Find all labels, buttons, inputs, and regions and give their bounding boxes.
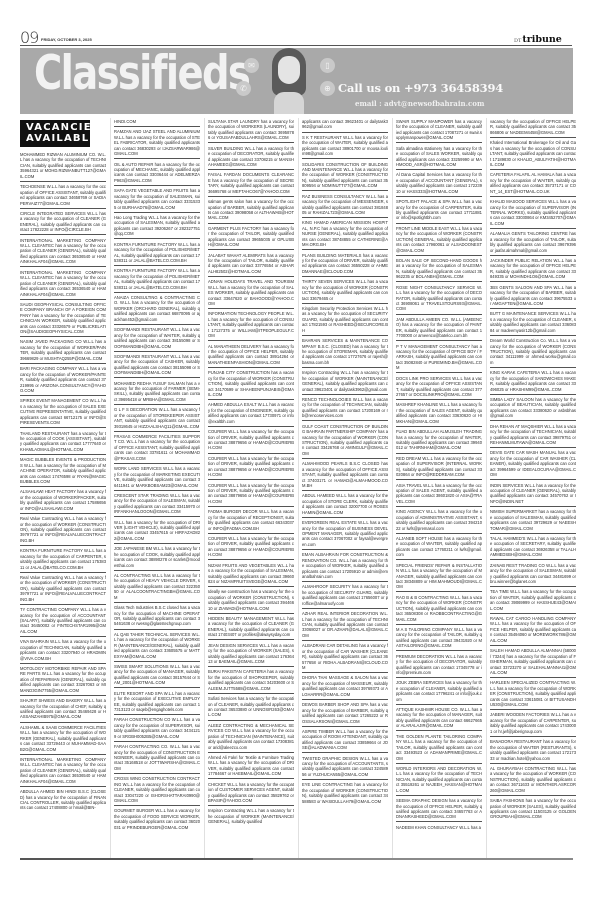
classified-ad: WORK LAND SERVICES W.L.L has a vacancy f…: [114, 465, 200, 490]
classified-ad: HARLEEN SPECIALIZED CONTRACTING W.L.L ha…: [490, 679, 576, 710]
classified-ad: SALEH HAMAD ABDULLA ALMANNAI (58000 / 73…: [490, 647, 576, 678]
classified-ad: EVERGREEN REAL ESTATE W.L.L has a vacanc…: [302, 519, 388, 550]
classified-ad: CROSS WING CONSTRUCTION CONTRACTING W.L.…: [114, 775, 200, 806]
classified-ad: Khaled International Brokerage for Oil a…: [490, 139, 576, 170]
classified-ad: S K T RESTAURANT W.L.L has a vacancy for…: [302, 134, 388, 159]
classified-ad: OIL & AUTO REPAIR has a vacancy for the …: [114, 161, 200, 186]
classified-ad: Glass Tech Industries B.S.C closed has a…: [114, 604, 200, 629]
classified-ad: ELITE RESORT AND SPA W.L.L has a vacancy…: [114, 690, 200, 715]
classified-ad: 3BS GENTS SALOON AND SPA W.L.L has a vac…: [490, 284, 576, 309]
classified-ad: DHORA THAI MASSAGE & SALON has a vacancy…: [302, 674, 388, 699]
mobile-icon: ▯: [320, 58, 335, 73]
classified-ad: KONTRA FURNITURE FACTORY W.L.L has a vac…: [20, 547, 106, 572]
ads-column-3: SULTANA STAR LAUNDRY has a vacancy for t…: [208, 118, 294, 858]
classified-ad: SHAJRIT SHWEIS AND BAKERY W.L.L has a va…: [20, 697, 106, 722]
classified-ad: GOURMET BURGER W.L.L has a vacancy for t…: [114, 807, 200, 831]
classified-ad: VIVA BAHRAIN W.L.L has a vacancy for the…: [20, 638, 106, 663]
classified-ad: AHMED ABDULLA EXALT W.L.L has a vacancy …: [208, 401, 294, 426]
classified-ad: HIDDEN BEAUTY MANAGEMENT W.L.L has a vac…: [208, 615, 294, 640]
classified-ad: RAO B & B CONTRACTING W.L.L has a vacanc…: [396, 594, 482, 625]
brand-prefix: DT: [514, 38, 521, 44]
classified-ad: SILVER BUILDING W.L.L has a vacancy for …: [208, 145, 294, 170]
classified-ad: FUAD BIN ABDULLAH ALMUSLEH TRADING has a…: [396, 428, 482, 453]
classified-ad: Real Value Contracting W.L.L has a vacan…: [20, 574, 106, 605]
classified-ad: Dream World Construction Co. W.L.L has a…: [490, 337, 576, 368]
ads-column-6: vacancy for the occupation of OFFICE HEL…: [490, 118, 576, 858]
column-divider: [298, 118, 299, 858]
classified-ad: TWISTED GRAPHIC DESIGN W.L.L has a vacan…: [302, 755, 388, 780]
classified-ad: JABERI WOODEN FACTORIES W.L.L has a vaca…: [490, 711, 576, 736]
classified-ad: KING HAMAD AMERICAN MISSION HOSPITAL, N.…: [302, 219, 388, 250]
classified-ad: ALMAHROOF SECURITY has a vacancy for the…: [302, 583, 388, 608]
phone-icon: ✆: [236, 81, 251, 96]
vacancies-available-heading: VACANCIES AVAILABLE: [20, 120, 90, 147]
classified-ad: FRONT LINE MIDDLE EAST W.L.L has a vacan…: [396, 225, 482, 256]
classified-ad: salman gents salon has a vacancy for the…: [208, 198, 294, 223]
classified-ad: GARMENT PLUS FACTORY has a vacancy for t…: [208, 225, 294, 250]
classified-ad: INDIN SERVICES W.L.L has a vacancy for t…: [490, 482, 576, 507]
classified-ad: G L F S DECORATION W.L.L has a vacancy f…: [114, 406, 200, 431]
classified-ad: INTERNATIONAL MARKETING COMPANY W.L.L CL…: [20, 237, 106, 268]
classified-ad: MOTOLOGY MOTORBIKE REPAIR AND SPARE PART…: [20, 665, 106, 696]
column-divider: [392, 118, 393, 858]
brand-name: tribune: [522, 34, 562, 45]
classified-ad: EMAN ALBAHRAIN FOR CONSTRUCTION & RENOVA…: [302, 551, 388, 582]
classified-ad: SOOFIMANDI RESTAURANT W.L.L has a vacanc…: [114, 326, 200, 351]
classified-ad: HINDI.COM: [114, 118, 200, 127]
classified-ad: INTERNATIONAL MARKETING COMPANY W.L.L CL…: [20, 269, 106, 300]
classified-ad: NADEEM KHAN CONSULTANCY W.L.L has a: [396, 824, 482, 832]
classified-ad: THE GOLDEN PLANTE TAILORING COMPANY W.L.…: [396, 733, 482, 764]
classified-ad: DHA REHAN AT MAQSHIER W.L.L has a vacanc…: [490, 423, 576, 448]
ads-column-5: SWAIR SUPPLY MANPOWER has a vacancy for …: [396, 118, 482, 858]
ads-column-4: applicants can contact 39623401 or daily…: [302, 118, 388, 858]
classified-ad: KONTRA FURNITURE FACTORY W.L.L has a vac…: [114, 241, 200, 266]
classified-ad: ALSHAMIL & SAAB COMMERCE FACILITIES W.L.…: [20, 724, 106, 755]
classified-ad: PUNJAB CITY CONSTRUCTION has a vacancy f…: [208, 369, 294, 400]
classified-ad: NIZAM FRUITS AND VEGETABLES W.L.L has a …: [208, 562, 294, 587]
classified-ad: Hao Long Trading W.L.L has a vacancy for…: [114, 214, 200, 239]
classified-ad: ASPIRE TIMBER W.L.L has a vacancy for th…: [302, 728, 388, 753]
classified-ad: ALAMALIA GENTS TAILORING CENTRE has a va…: [490, 230, 576, 255]
classified-ad: COURIER W.L.L has a vacancy for the occu…: [208, 455, 294, 480]
classified-ad: ALMAHMOOD PEARLS B.S.C CLOSED has a vaca…: [302, 460, 388, 491]
classified-ad: FARAH CONTRACTING CO. W.L.L has a vacanc…: [114, 743, 200, 774]
classified-ad: ALEEZ CONTRACTING & MECHANICAL SERVICES …: [208, 722, 294, 753]
classified-ad: RAZ BUSINESS CONSULTANCY W.L.L has a vac…: [302, 193, 388, 218]
classified-ad: MOHAMMED RIZWAN ALUMINIUM CO. W.L.L has …: [20, 151, 106, 182]
classified-ad: KING AGENCY W.L.L has a vacancy for the …: [396, 508, 482, 533]
classified-ad: INTERNATIONAL MARKETING COMPANY W.L.L CL…: [20, 756, 106, 787]
classified-ad: Inspiron Contracting W.L.L has a vacancy…: [208, 807, 294, 826]
classified-ad: RENCO TECHNOLOGIES W.L.L has a vacancy f…: [302, 396, 388, 421]
classified-ad: PLANS BUILDING MATERIALS has a vacancy f…: [302, 252, 388, 277]
classified-ad: NIMISH SUPERMARKET has a vacancy for the…: [490, 508, 576, 533]
classified-ad: BOLAN SALE OF SECOND-HAND GOODS has a va…: [396, 257, 482, 282]
classified-ad: ALSAHLAWI HEAT FACTORY has a vacancy for…: [20, 488, 106, 513]
classified-ad: TEA TIME W.L.L has a vacancy for the occ…: [490, 588, 576, 613]
classified-ad: M A S TAILORING COMPANY W.L.L has a vaca…: [396, 626, 482, 651]
classified-ad: TY CONTRACTING COMPANY W.L.L has a vacan…: [20, 606, 106, 637]
classified-ad: KING KARAK CAFETERIA W.L.L has a vacancy…: [490, 369, 576, 394]
column-divider: [204, 118, 205, 858]
classified-ad: vacancy for the occupation of OFFICE HEL…: [490, 118, 576, 138]
classified-ad: SOLIDARIS CONSTRUCTION OF BUILDING AND M…: [302, 161, 388, 192]
classified-ad: AZHAR REAL INTERIOR DECORATION W.L.L has…: [302, 610, 388, 641]
classified-ad: BUTT G MAINTENANCE SERVICES W.L.L has a …: [490, 310, 576, 335]
classified-ad: CRESCENT STAR TRADING W.L.L has a vacanc…: [114, 492, 200, 517]
classified-ad: BAHRAIN SERVICES & MAINTENANCE COMPANY B…: [302, 337, 388, 368]
classified-ad: JACKINDER PUBLIC RELATION W.L.L has a va…: [490, 257, 576, 282]
classified-ad: WORLD INTERIORS AND DECORATION W.L.L has…: [396, 765, 482, 796]
classified-ad: THIRTY SEVEN SERVICES W.L.L has a vacanc…: [302, 278, 388, 303]
header-divider-right: [272, 45, 572, 46]
classified-ad: AL GHURAYBAH CONTRACTING W.L.L has a vac…: [490, 765, 576, 796]
classified-ad: CIRCLE INTEGRATED SERVICES W.L.L has a v…: [20, 210, 106, 235]
classified-ad: KHALID MASOOD SERVICES W.L.L has a vacan…: [490, 198, 576, 229]
classified-ad: COURIER W.L.L has a vacancy for the occu…: [208, 482, 294, 507]
classified-ad: BANADORA RESTAURANT has a vacancy for th…: [490, 738, 576, 763]
banner-title: Classifieds: [34, 48, 249, 101]
classified-ad: P T V MANAGEMENT CONSULTANCY has a vacan…: [396, 343, 482, 374]
brand-logo: DTtribune: [514, 34, 562, 45]
classified-ad: SWAIR SUPPLY MANPOWER has a vacancy for …: [396, 118, 482, 143]
classified-ad: CAFETERIA FALAFIL AL HAMALA has a vacanc…: [490, 171, 576, 196]
classified-ad: SEEMA GRAPHIC DESIGN has a vacancy for t…: [396, 797, 482, 822]
classified-ad: Inspiron Contracting W.L.L has a vacancy…: [302, 369, 388, 394]
classified-ad: ANAIZA CONSULTING & CONTRACTING CO. W.L.…: [114, 294, 200, 325]
classified-ad: ALJANEB SOFT HOUSE has a vacancy for the…: [396, 535, 482, 560]
classified-ad: Ideally we construction has a vacancy fo…: [208, 588, 294, 613]
classified-ad: MAGIC BUBBLES EVENTS & PRODUCTIONS W.L.L…: [20, 456, 106, 487]
classified-ad: RED DREAM W.L.L has a vacancy for the oc…: [396, 455, 482, 480]
header-divider: [20, 45, 272, 46]
classified-ad: RAWAL CAT CARGO HANDLING COMPANY W.L.L h…: [490, 615, 576, 646]
classified-ad: DEWOS BARBER SHOP AND SPA has a vacancy …: [302, 701, 388, 726]
classifieds-banner: Classifieds ✉ ✆ ▯ ⊕ Call us on +973 3645…: [20, 48, 573, 114]
classified-ad: SIMBA LADY SALOON has a vacancy for the …: [490, 396, 576, 421]
classified-ad: SAUDI GEOPHYSICAL CONSULTING OFFICE COMP…: [20, 301, 106, 337]
classified-ad: W.L.L has a vacancy for the occupation o…: [114, 519, 200, 544]
classified-ad: SULTANA STAR LAUNDRY has a vacancy for t…: [208, 118, 294, 143]
classified-ad: TALAL HAMMED'S W.L.L has a vacancy for t…: [490, 535, 576, 560]
classified-ad: ADNAN HOLIDAYS TRAVEL AND TOURISM W.L.L …: [208, 278, 294, 309]
classified-ad: SPECIAL FRIENDS' REPAIR & INSTALLATION W…: [396, 562, 482, 593]
classified-ad: ZAINAB REST TRADING CO W.L.L has a vacan…: [490, 562, 576, 587]
classified-ad: FADMA BURGER DECOR W.L.L has a vacancy f…: [208, 508, 294, 533]
classified-ad: Ahmed Ali Fakri for Textile & Furniture …: [208, 754, 294, 779]
classified-ad: BARI PACKAGING COMPANY W.L.L has a vacan…: [20, 365, 106, 396]
classified-ad: JOE JAPANESE BM W.L.L has a vacancy for …: [114, 545, 200, 570]
globe-icon: ⊕: [320, 81, 335, 96]
ads-column-2: HINDI.COMRAMZAN AND IJAZ STEEL AND ALUMI…: [114, 118, 200, 858]
classified-ad: JAM ABDULLA AMEEN CO. W.L.L (AMEENCO) ha…: [396, 316, 482, 341]
classified-ad: Kingdom Security Protection Services W.L…: [302, 305, 388, 336]
classified-ad: FAISAL FARDAN DOCUMENTS CLEARANCE has a …: [208, 171, 294, 196]
classified-ad: CHICKET W.L.L has a vacancy for the occu…: [208, 781, 294, 806]
classified-ad: SPOTLIGHT PALACE & SPA W.L.L has a vacan…: [396, 198, 482, 223]
ads-column-1: VACANCIES AVAILABLE MOHAMMED RIZWAN ALUM…: [20, 118, 106, 858]
classified-ad: TECHDENSE W.L.L has a vacancy for the oc…: [20, 183, 106, 208]
heading-line-1: VACANCIES: [26, 123, 84, 134]
classified-ad: SAIBA FASHIONS has a vacancy for the occ…: [490, 797, 576, 821]
classifieds-columns: VACANCIES AVAILABLE MOHAMMED RIZWAN ALUM…: [20, 118, 573, 858]
classified-ad: SPIREX EVENT MANAGEMENT CO W.L.L has a v…: [20, 397, 106, 428]
classified-ad: ALBADRANI CAR DETAILING has a vacancy fo…: [302, 642, 388, 673]
classified-ad: FARAH CONSTRUCTION CO W.L.L has a vacanc…: [114, 716, 200, 741]
classified-ad: SOOFIMANDI RESTAURANT W.L.L has a vacanc…: [114, 353, 200, 378]
classified-ad: NASIM JAVED PACKAGING CO W.L.L has a vac…: [20, 338, 106, 363]
classified-ad: ROSE NIGHT CONSULTANCY SERVICE W.L.L has…: [396, 284, 482, 315]
classified-ad: SAFA GATE VEGETABLE AND FRUITS has a vac…: [114, 187, 200, 212]
operator-illustration: [268, 48, 310, 114]
classified-ad: GULF COAST CONSTRUCTION OF BUILDING BAHR…: [302, 423, 388, 459]
classified-ad: AL MANATHEEN DELIVERY has a vacancy for …: [208, 343, 294, 368]
classified-ad: JEAN DESIGN SERVICES W.L.L has a vacancy…: [208, 642, 294, 667]
classified-ad: applicants can contact 39623401 or daily…: [302, 118, 388, 133]
classified-ad: FRASAS COMMERCE FACILITIES SUPPORT CO. W…: [114, 433, 200, 464]
heading-line-2: AVAILABLE: [26, 134, 84, 145]
classified-ad: ASIA TRAVEL W.L.L has a vacancy for the …: [396, 482, 482, 507]
page-header: 09 FRIDAY, OCTOBER 3, 2025: [20, 28, 272, 46]
classified-ad: SWISS SMART SOLUTIONS W.L.L has a vacanc…: [114, 663, 200, 688]
footer-divider-accent: [20, 858, 253, 860]
publication-date: FRIDAY, OCTOBER 3, 2025: [41, 37, 92, 42]
classified-ad: ATTIQUE KASHMIR HOUSE CO. W.L.L has a va…: [396, 706, 482, 731]
classified-ad: COURIER W.L.L has a vacancy for the occu…: [208, 535, 294, 560]
classified-ad: Real Value Contracting W.L.L has a vacan…: [20, 515, 106, 546]
column-divider: [110, 118, 111, 858]
classified-ad: JALABAT WAHAT ALEMIRATS has a vacancy fo…: [208, 252, 294, 277]
classified-ad: INFORMATION TECHNOLOGY PEOPLE W.L.L has …: [208, 310, 294, 341]
mail-icon: ✉: [244, 58, 259, 73]
column-divider: [486, 118, 487, 858]
classified-ad: AL CONTRACTING W.L.L has a vacancy for t…: [114, 572, 200, 603]
call-us-text: Call us on +973 36458394: [338, 81, 503, 95]
classified-ad: ABDULLA AHMED BIN HINDI B.S.C (CLOSED) h…: [20, 788, 106, 812]
classified-ad: BURAI PAKISTAN CAFETERIA has a vacancy f…: [208, 668, 294, 693]
classified-ad: Al Dana Capital Services has a vacancy f…: [396, 171, 482, 196]
classified-ad: MOHAMED REDHA YUSUF SALMAN has a vacancy…: [114, 380, 200, 405]
classified-ad: Safa almadina stationery has a vacancy f…: [396, 145, 482, 170]
classified-ad: ABDUL HAMEED W.L.L has a vacancy for the…: [302, 492, 388, 517]
classified-ad: PREMIUM DECORATION W.L.L has a vacancy f…: [396, 653, 482, 678]
classified-ad: MASHREF KHANLINE W.L.L has a vacancy for…: [396, 401, 482, 426]
classified-ad: JOUK ZEBRA SERVICES has a vacancy for th…: [396, 679, 482, 704]
classified-ad: AL QAB TAHER TECHNICAL SERVICES W.L.L ha…: [114, 631, 200, 662]
classified-ad: THAILAND RESTAURANT has a vacancy for th…: [20, 430, 106, 455]
classified-ad: DOCS LINK PRO SERVICES W.L.L has a vacan…: [396, 375, 482, 400]
classified-ad: Sufiati Services has a vacancy for the o…: [208, 695, 294, 720]
classified-ad: KONTRA FURNITURE FACTORY W.L.L has a vac…: [114, 267, 200, 292]
email-text: email : advt@newsofbahrain.com: [355, 99, 484, 108]
classified-ad: DEVIS GATE CAR WASH MANUAL has a vacancy…: [490, 449, 576, 480]
classified-ad: RAMZAN AND IJAZ STEEL AND ALUMINIUM W.L.…: [114, 128, 200, 159]
classified-ad: EYE LINE CONTRACTING has a vacancy for t…: [302, 781, 388, 805]
classified-ad: COURIER W.L.L has a vacancy for the occu…: [208, 428, 294, 453]
